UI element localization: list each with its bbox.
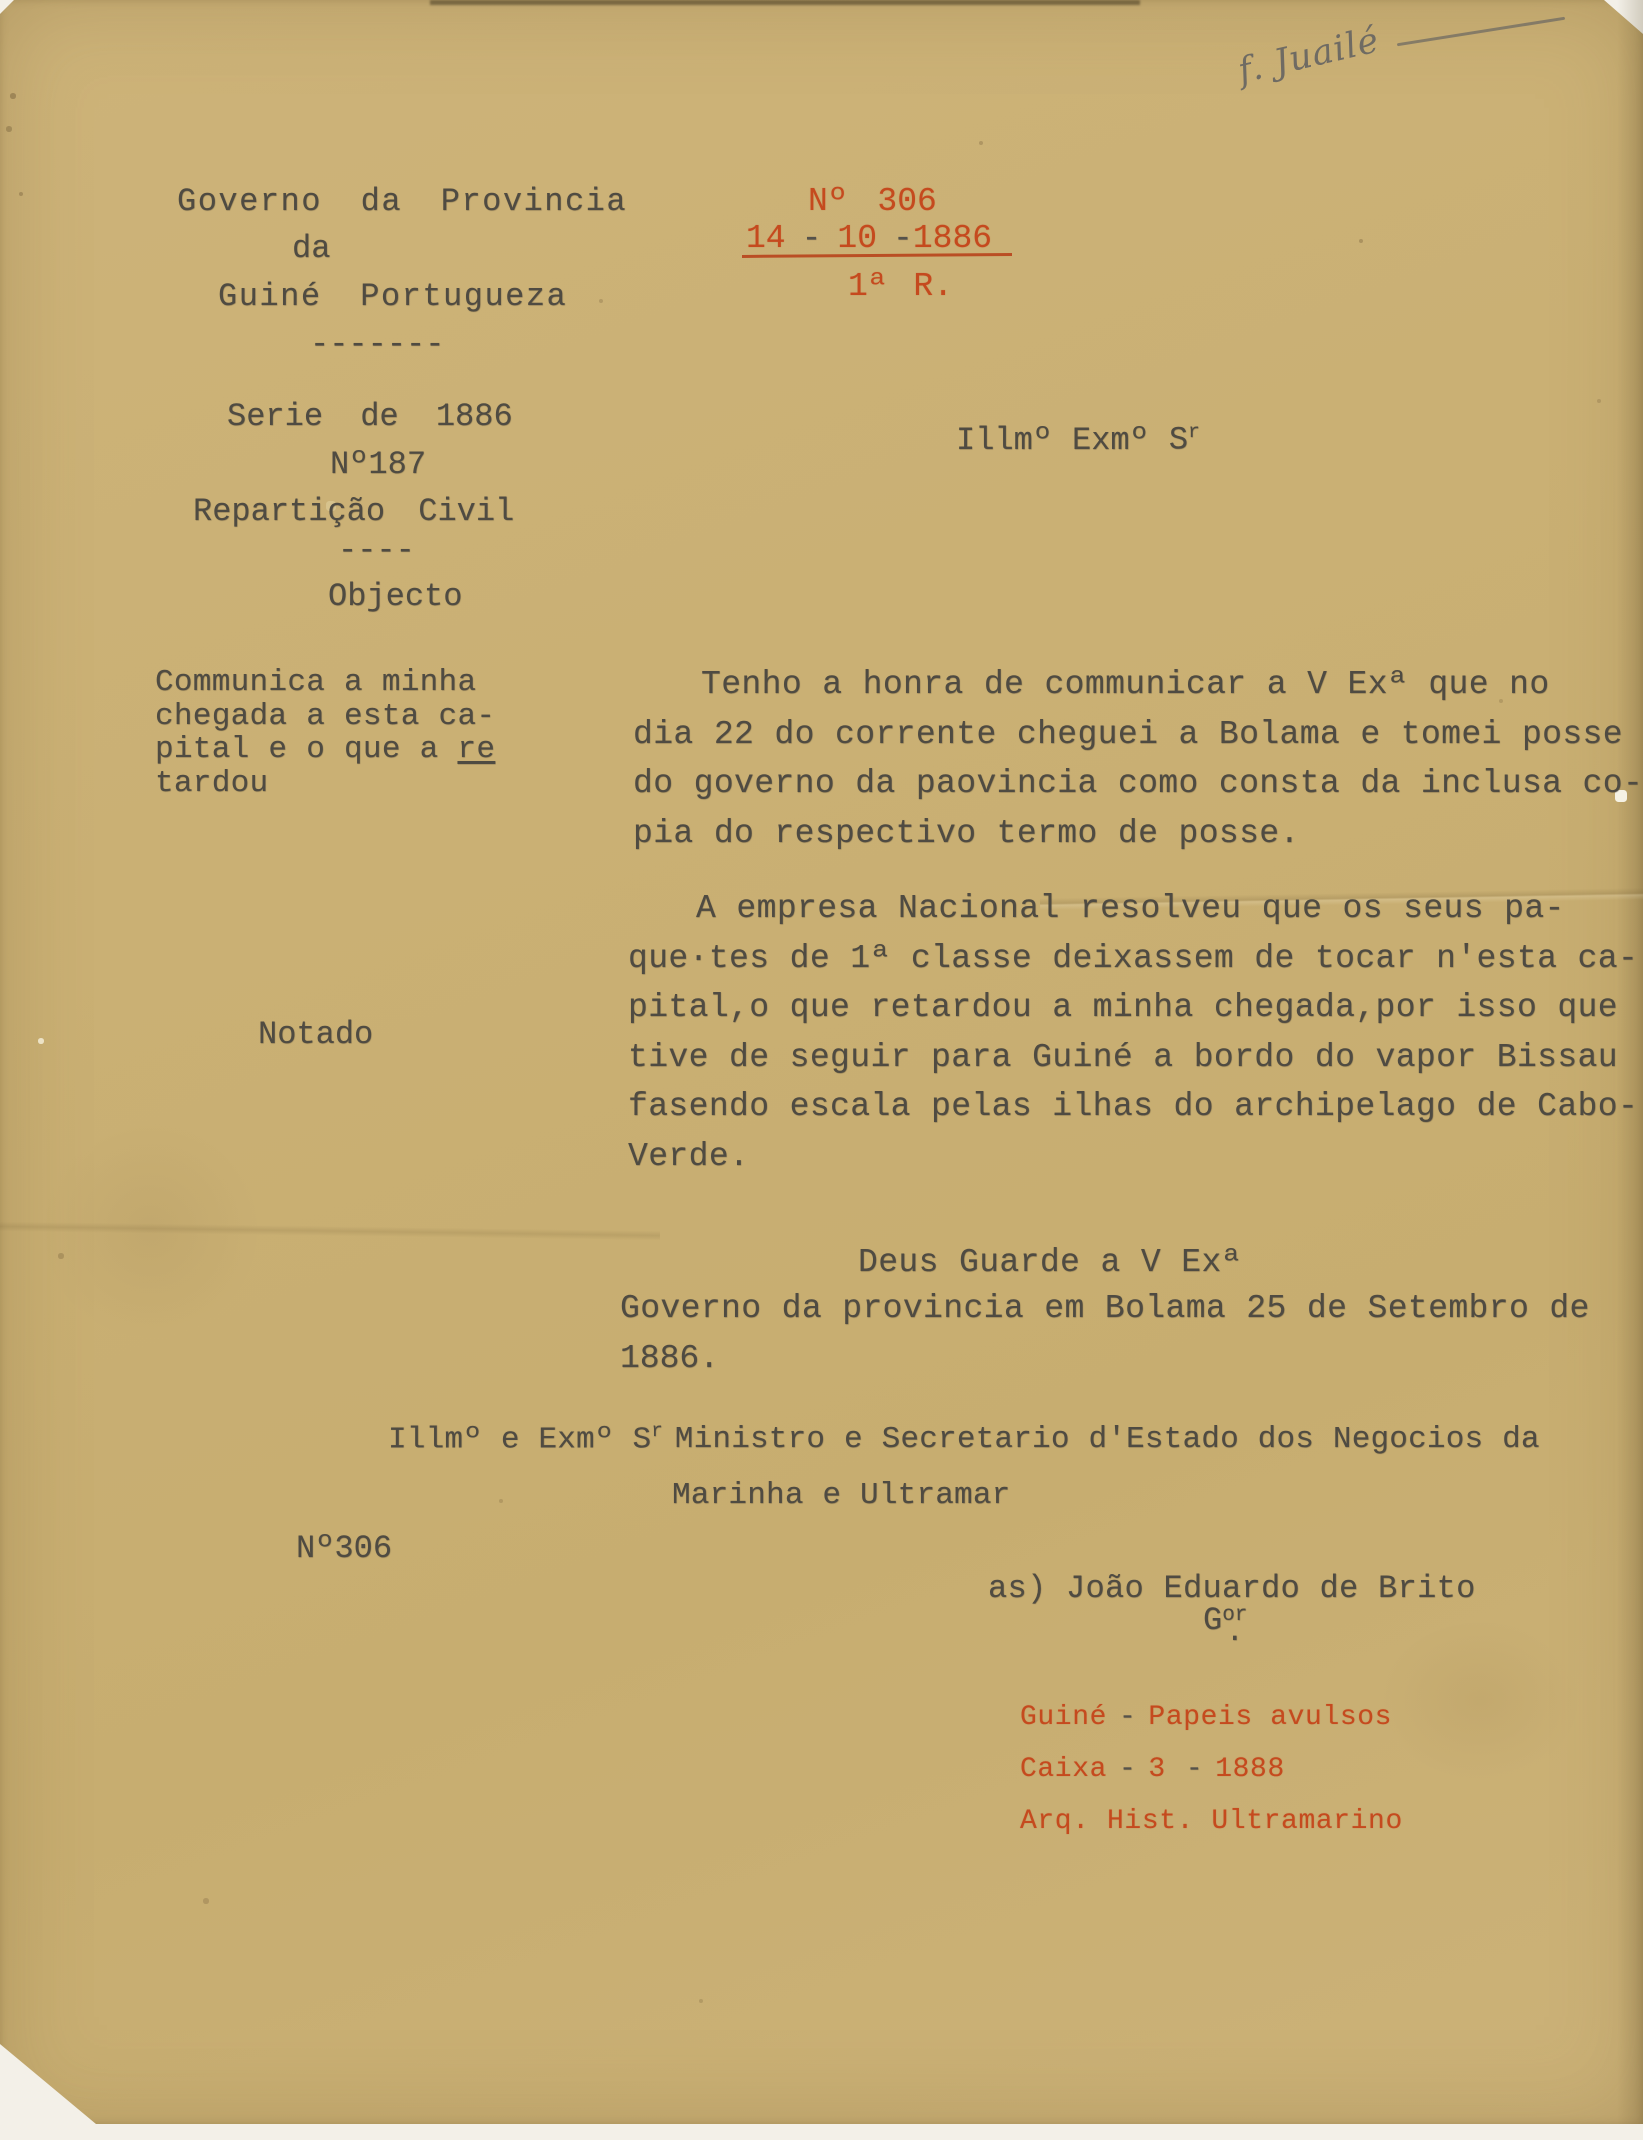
scan-edge-streak — [430, 0, 1140, 5]
letterhead-line1: Governo da Provincia — [177, 183, 627, 220]
addressee-superscript: r — [651, 1420, 663, 1442]
summary-line1: Communica a minha — [155, 666, 495, 700]
archive-stamp-line3: Arq. Hist. Ultramarino — [1020, 1796, 1403, 1848]
valediction: Deus Guarde a V Exª — [858, 1244, 1242, 1281]
body-paragraph-2: A empresa Nacional resolveu que os seus … — [628, 884, 1638, 1181]
letterhead-line3: Guiné Portugueza — [218, 278, 567, 315]
reference-number: Nº306 — [296, 1530, 392, 1567]
serie-line: Serie de 1886 — [227, 398, 513, 435]
stamp-date: 14-10-1886 — [746, 220, 992, 257]
serie-number: Nº187 — [330, 446, 426, 483]
notado-label: Notado — [258, 1016, 373, 1053]
paper-specks — [0, 0, 2, 2]
stamp-registry: 1ª R. — [848, 268, 953, 305]
body-line: dia 22 do corrente cheguei a Bolama e to… — [633, 710, 1643, 760]
letterhead-line2: da — [292, 230, 330, 267]
archive-stamp: Guiné-Papeis avulsos Caixa-3-1888 Arq. H… — [1020, 1692, 1403, 1848]
addressee-line1: Illmº e Exmº SrMinistro e Secretario d'E… — [388, 1420, 1540, 1457]
closing-place-line: Governo da provincia em Bolama 25 de Set… — [620, 1290, 1590, 1327]
salutation-superscript: r — [1188, 420, 1200, 443]
letterhead-divider: ------- — [310, 326, 444, 363]
serie-divider: ---- — [338, 532, 415, 569]
body-line: que·tes de 1ª classe deixassem de tocar … — [628, 934, 1638, 984]
stamp-date-sep2: - — [893, 220, 913, 257]
body-line: A empresa Nacional resolveu que os seus … — [628, 884, 1638, 934]
archive-stamp-line1: Guiné-Papeis avulsos — [1020, 1692, 1403, 1744]
summary-line3: pital e o que a re — [155, 733, 495, 767]
summary-block: Communica a minha chegada a esta ca- pit… — [155, 666, 495, 800]
signature-governor-abbrev: Gor. — [1203, 1602, 1247, 1647]
stamp-date-month: 10 — [837, 220, 877, 257]
archive-stamp-line2: Caixa-3-1888 — [1020, 1744, 1403, 1796]
underlined-syllable: re — [457, 732, 495, 767]
addressee-line2: Marinha e Ultramar — [672, 1478, 1010, 1513]
summary-line4: tardou — [155, 767, 495, 801]
body-line: Tenho a honra de communicar a V Exª que … — [633, 660, 1643, 710]
stamp-date-day: 14 — [746, 220, 786, 257]
body-line: pital,o que retardou a minha chegada,por… — [628, 983, 1638, 1033]
body-line: Verde. — [628, 1132, 1638, 1182]
stamp-date-sep1: - — [802, 220, 822, 257]
body-line: fasendo escala pelas ilhas do archipelag… — [628, 1082, 1638, 1132]
salutation: IllmºExmºSr — [956, 420, 1200, 459]
objecto-label: Objecto — [328, 578, 462, 615]
reparticao-line: Repartição Civil — [193, 493, 514, 530]
summary-line2: chegada a esta ca- — [155, 700, 495, 734]
stamp-number: Nº 306 — [808, 183, 937, 220]
body-line: do governo da paovincia como consta da i… — [633, 759, 1643, 809]
body-line: tive de seguir para Guiné a bordo do vap… — [628, 1033, 1638, 1083]
body-line: pia do respectivo termo de posse. — [633, 809, 1643, 859]
stamp-date-year: 1886 — [913, 220, 992, 257]
governor-dot: . — [1226, 1625, 1244, 1642]
closing-year-line: 1886. — [620, 1340, 719, 1377]
scanned-letter-page: f. Juailé Governo da Provincia da Guiné … — [0, 0, 1643, 2140]
body-paragraph-1: Tenho a honra de communicar a V Exª que … — [633, 660, 1643, 858]
